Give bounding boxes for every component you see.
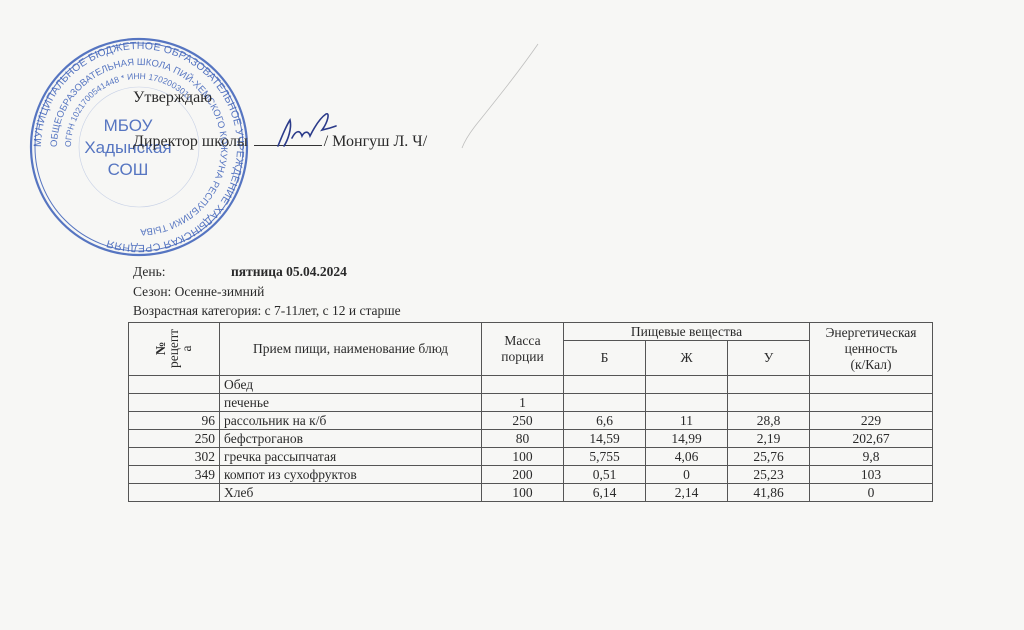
mass-cell: 100 — [482, 484, 564, 502]
header-fat: Ж — [646, 341, 728, 376]
carbs-cell: 41,86 — [728, 484, 810, 502]
mass-cell: 100 — [482, 448, 564, 466]
header-carbs: У — [728, 341, 810, 376]
carbs-cell — [728, 394, 810, 412]
recipe-no-cell — [129, 484, 220, 502]
fat-cell: 4,06 — [646, 448, 728, 466]
fat-cell: 14,99 — [646, 430, 728, 448]
season: Сезон: Осенне-зимний — [133, 284, 264, 300]
table-row: печенье1 — [129, 394, 933, 412]
table-row: 302гречка рассыпчатая1005,7554,0625,769,… — [129, 448, 933, 466]
day-value: пятница 05.04.2024 — [231, 264, 347, 280]
fat-cell — [646, 394, 728, 412]
dish-cell: Хлеб — [220, 484, 482, 502]
dish-cell: печенье — [220, 394, 482, 412]
protein-cell: 0,51 — [564, 466, 646, 484]
header-protein: Б — [564, 341, 646, 376]
day-row: День: пятница 05.04.2024 — [133, 264, 166, 280]
pencil-mark — [420, 40, 540, 150]
recipe-no-cell: 302 — [129, 448, 220, 466]
mass-cell: 200 — [482, 466, 564, 484]
table-row: 250бефстроганов8014,5914,992,19202,67 — [129, 430, 933, 448]
header-recipe-no: №рецепта — [129, 323, 220, 376]
menu-table: №рецепта Прием пищи, наименование блюд М… — [128, 322, 933, 502]
day-label: День: — [133, 264, 166, 279]
header-dish: Прием пищи, наименование блюд — [220, 323, 482, 376]
carbs-cell: 25,23 — [728, 466, 810, 484]
dish-cell: гречка рассыпчатая — [220, 448, 482, 466]
carbs-cell: 25,76 — [728, 448, 810, 466]
fat-cell: 0 — [646, 466, 728, 484]
energy-cell: 202,67 — [810, 430, 933, 448]
protein-cell: 6,6 — [564, 412, 646, 430]
table-row: Хлеб1006,142,1441,860 — [129, 484, 933, 502]
dish-cell: компот из сухофруктов — [220, 466, 482, 484]
dish-cell: бефстроганов — [220, 430, 482, 448]
protein-cell — [564, 394, 646, 412]
header-nutrients: Пищевые вещества — [564, 323, 810, 341]
carbs-cell: 2,19 — [728, 430, 810, 448]
recipe-no-cell: 96 — [129, 412, 220, 430]
energy-cell — [810, 394, 933, 412]
approve-label: Утверждаю — [133, 89, 212, 107]
recipe-no-cell — [129, 394, 220, 412]
recipe-no-cell: 349 — [129, 466, 220, 484]
energy-cell: 9,8 — [810, 448, 933, 466]
fat-cell: 11 — [646, 412, 728, 430]
protein-cell: 14,59 — [564, 430, 646, 448]
signature-icon — [272, 108, 352, 153]
stamp-center-line-3: СОШ — [108, 160, 149, 179]
mass-cell: 250 — [482, 412, 564, 430]
energy-cell: 0 — [810, 484, 933, 502]
section-row: Обед — [129, 376, 933, 394]
recipe-no-cell: 250 — [129, 430, 220, 448]
protein-cell: 6,14 — [564, 484, 646, 502]
age-category: Возрастная категория: с 7-11лет, с 12 и … — [133, 303, 401, 319]
table-row: 96рассольник на к/б2506,61128,8229 — [129, 412, 933, 430]
energy-cell: 103 — [810, 466, 933, 484]
dish-cell: рассольник на к/б — [220, 412, 482, 430]
fat-cell: 2,14 — [646, 484, 728, 502]
mass-cell: 1 — [482, 394, 564, 412]
header-energy: Энергетическаяценность(к/Кал) — [810, 323, 933, 376]
section-title: Обед — [220, 376, 482, 394]
protein-cell: 5,755 — [564, 448, 646, 466]
header-mass: Массапорции — [482, 323, 564, 376]
mass-cell: 80 — [482, 430, 564, 448]
director-label: Директор школы — [133, 133, 248, 150]
carbs-cell: 28,8 — [728, 412, 810, 430]
energy-cell: 229 — [810, 412, 933, 430]
table-row: 349компот из сухофруктов2000,51025,23103 — [129, 466, 933, 484]
